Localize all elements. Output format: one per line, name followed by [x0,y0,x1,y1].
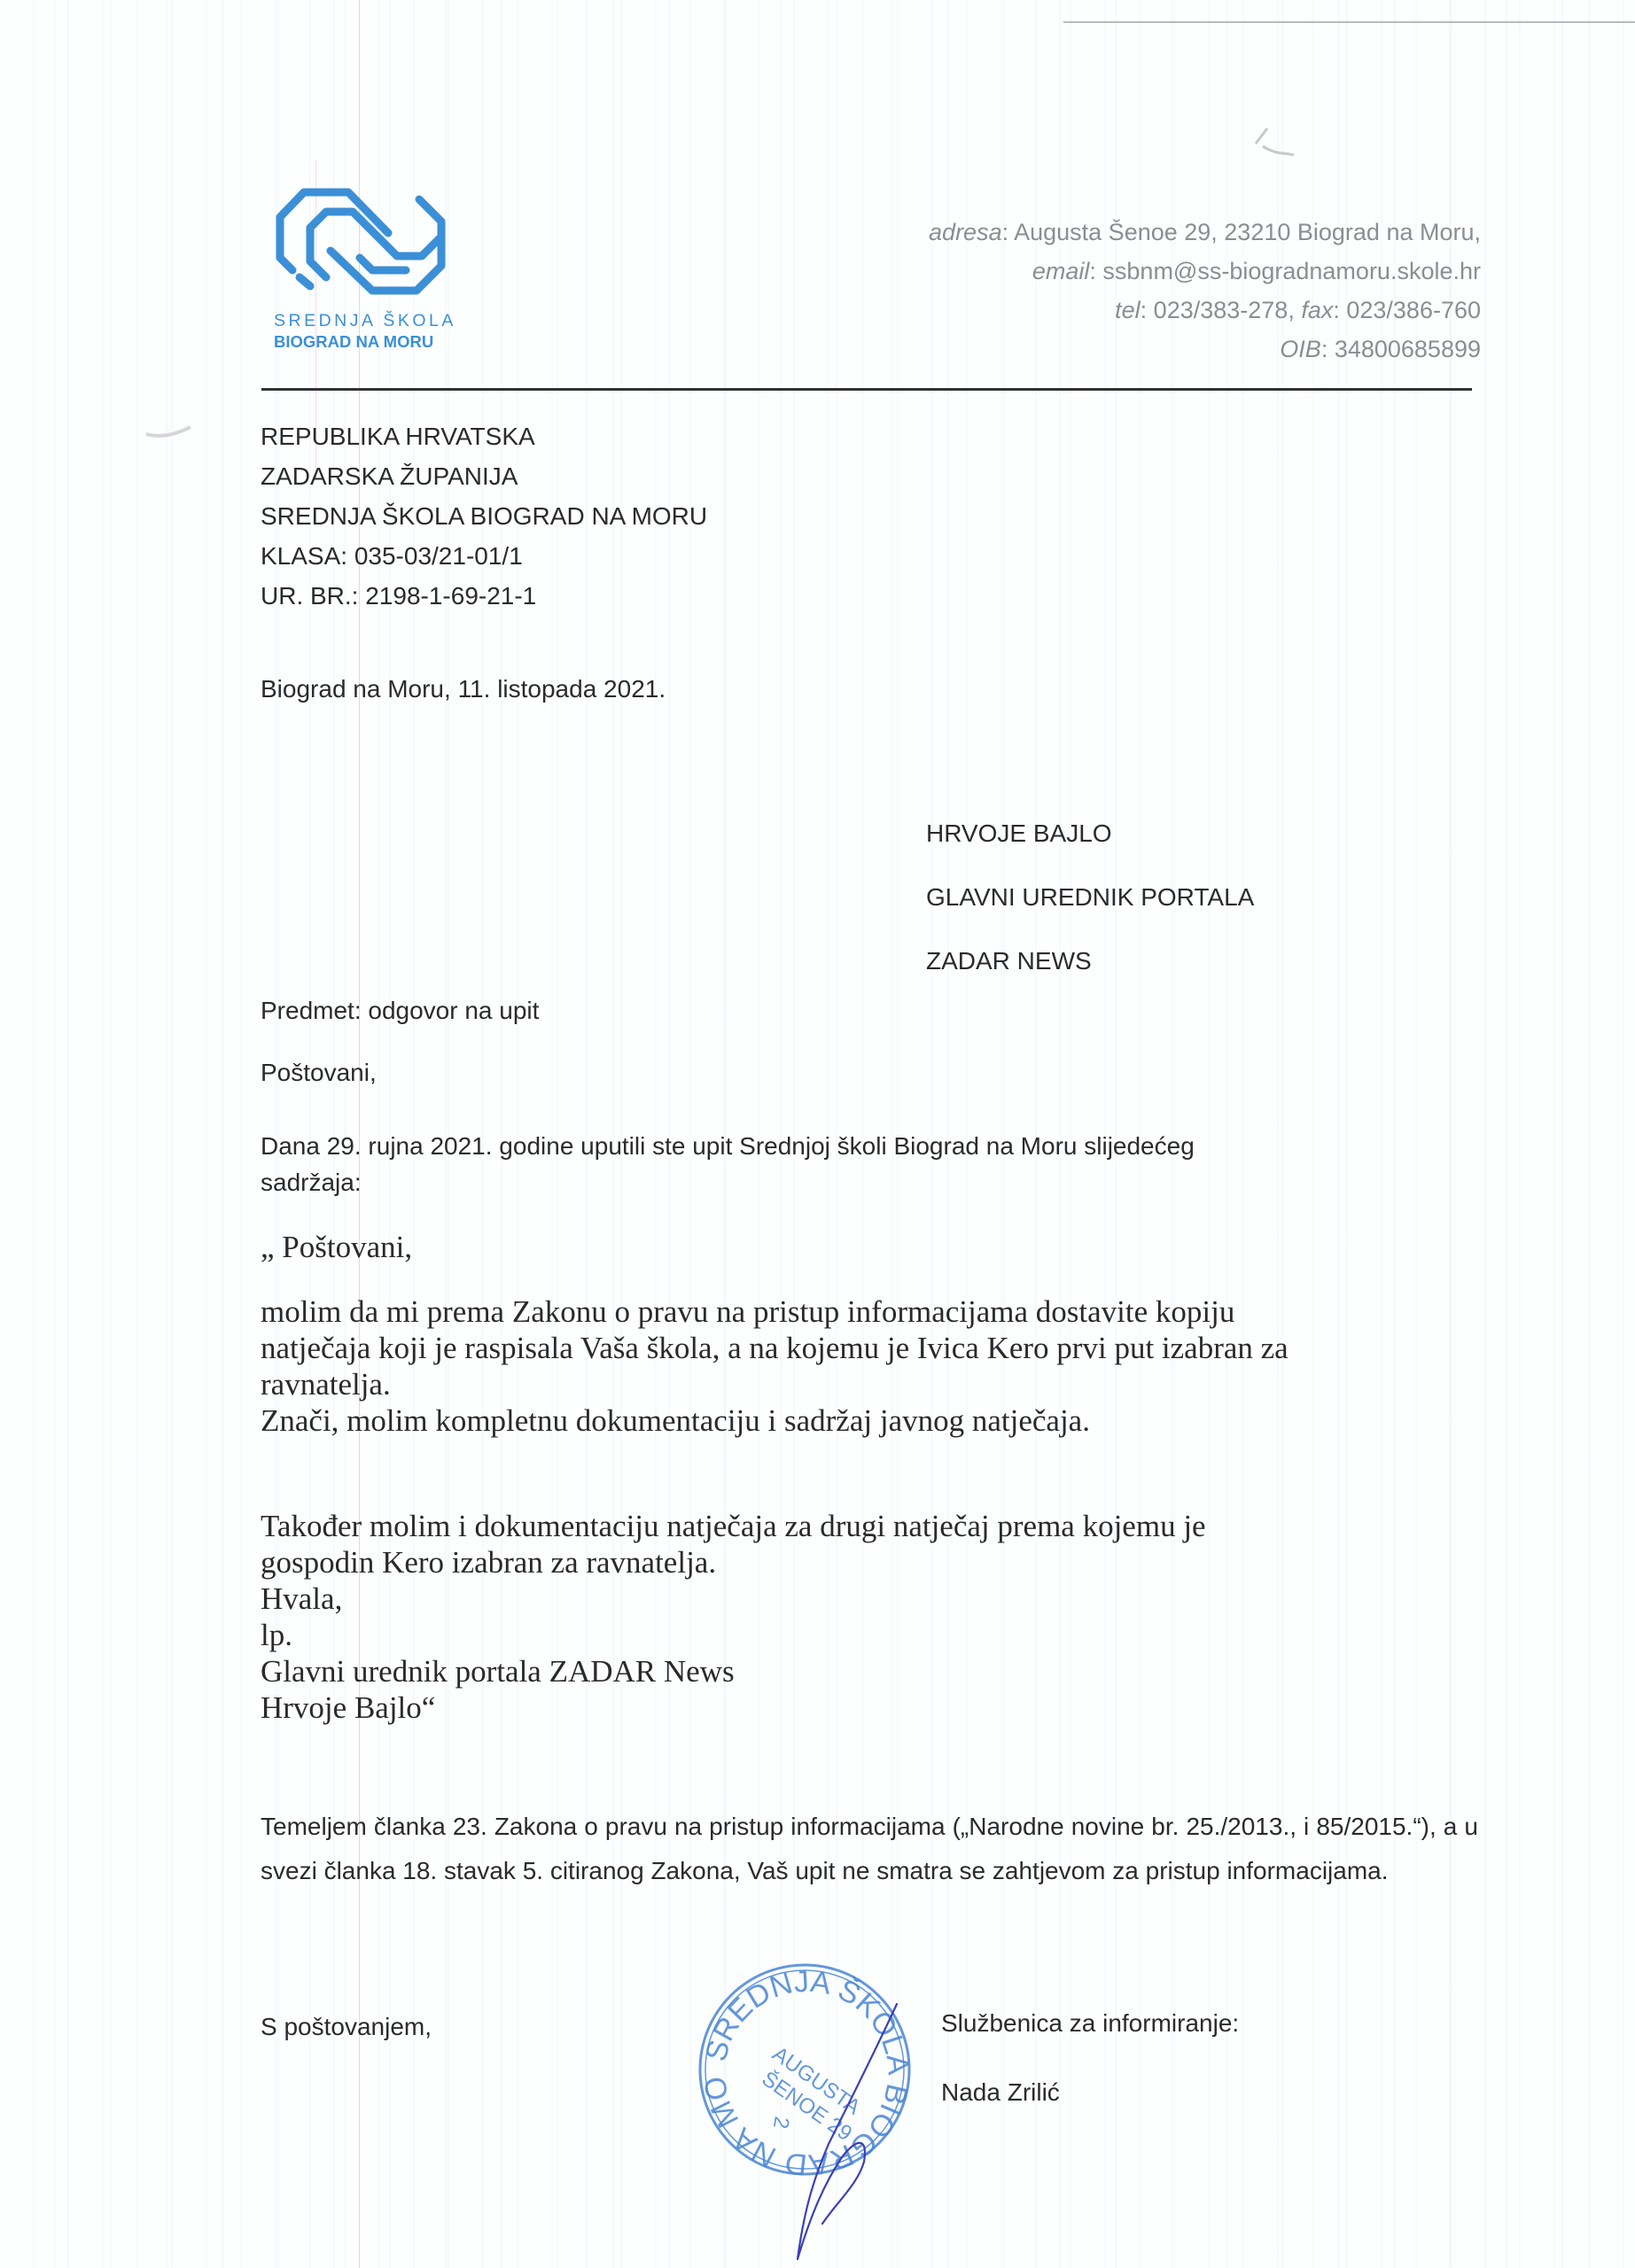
quoted-line: Znači, molim kompletnu dokumentaciju i s… [261,1402,1501,1439]
recipient-line: HRVOJE BAJLO [926,802,1254,866]
recipient-line: GLAVNI UREDNIK PORTALA [926,866,1254,929]
document-header-block: REPUBLIKA HRVATSKA ZADARSKA ŽUPANIJA SRE… [261,416,707,616]
intro-paragraph: Dana 29. rujna 2021. godine uputili ste … [261,1128,1483,1200]
quoted-line: lp. [261,1617,1501,1653]
urbroj-line: UR. BR.: 2198-1-69-21-1 [261,576,707,616]
signature-icon [780,1993,957,2268]
scan-pen-mark [1245,124,1316,164]
handwritten-signature [780,1993,957,2268]
scan-edge [1063,21,1635,23]
letterhead-divider [261,388,1472,391]
header-line: ZADARSKA ŽUPANIJA [261,456,707,496]
quoted-line: ravnatelja. [261,1366,1501,1402]
quoted-line: natječaja koji je raspisala Vaša škola, … [261,1330,1501,1366]
intro-line: sadržaja: [261,1164,1483,1200]
quoted-line: gospodin Kero izabran za ravnatelja. [261,1544,1501,1581]
recipient-line: ZADAR NEWS [926,929,1254,993]
header-line: SREDNJA ŠKOLA BIOGRAD NA MORU [261,496,707,536]
contact-label: fax [1301,297,1333,323]
subject-line: Predmet: odgovor na upit [261,997,539,1025]
quoted-line: Glavni urednik portala ZADAR News [261,1653,1501,1689]
date-line: Biograd na Moru, 11. listopada 2021. [261,675,666,703]
quoted-line: Hrvoje Bajlo“ [261,1689,1501,1726]
klasa-line: KLASA: 035-03/21-01/1 [261,536,707,576]
contact-label: tel [1115,297,1141,323]
quoted-greeting: „ Poštovani, [261,1230,412,1265]
quoted-line: Hvala, [261,1581,1501,1617]
school-name-line2: BIOGRAD NA MORU [274,332,433,352]
contact-label: adresa [929,219,1002,245]
officer-name: Nada Zrilić [941,2078,1060,2107]
quoted-line: molim da mi prema Zakonu o pravu na pris… [261,1293,1501,1330]
school-logo-icon [273,173,459,306]
contact-email: email: ssbnm@ss-biogradnamoru.skole.hr [929,252,1481,291]
greeting: Poštovani, [261,1059,377,1087]
contact-label: OIB [1280,336,1321,362]
scan-pen-mark [142,416,213,452]
school-name-line1: SREDNJA ŠKOLA [274,311,456,331]
closing-salutation: S poštovanjem, [261,2013,432,2041]
intro-line: Dana 29. rujna 2021. godine uputili ste … [261,1128,1483,1164]
legal-paragraph: Temeljem članka 23. Zakona o pravu na pr… [261,1805,1478,1893]
quoted-request-body: molim da mi prema Zakonu o pravu na pris… [261,1293,1501,1439]
header-line: REPUBLIKA HRVATSKA [261,416,707,456]
recipient-block: HRVOJE BAJLO GLAVNI UREDNIK PORTALA ZADA… [926,802,1254,993]
contact-address: adresa: Augusta Šenoe 29, 23210 Biograd … [929,213,1481,252]
officer-title: Službenica za informiranje: [941,2009,1239,2038]
contact-phone-fax: tel: 023/383-278, fax: 023/386-760 [929,291,1481,330]
quoted-line: Također molim i dokumentaciju natječaja … [261,1508,1501,1544]
school-logo: SREDNJA ŠKOLA BIOGRAD NA MORU [270,173,465,368]
contact-label: email [1032,258,1090,284]
contact-oib: OIB: 34800685899 [929,330,1481,369]
letterhead-contacts: adresa: Augusta Šenoe 29, 23210 Biograd … [929,213,1481,369]
quoted-request-body-2: Također molim i dokumentaciju natječaja … [261,1508,1501,1726]
